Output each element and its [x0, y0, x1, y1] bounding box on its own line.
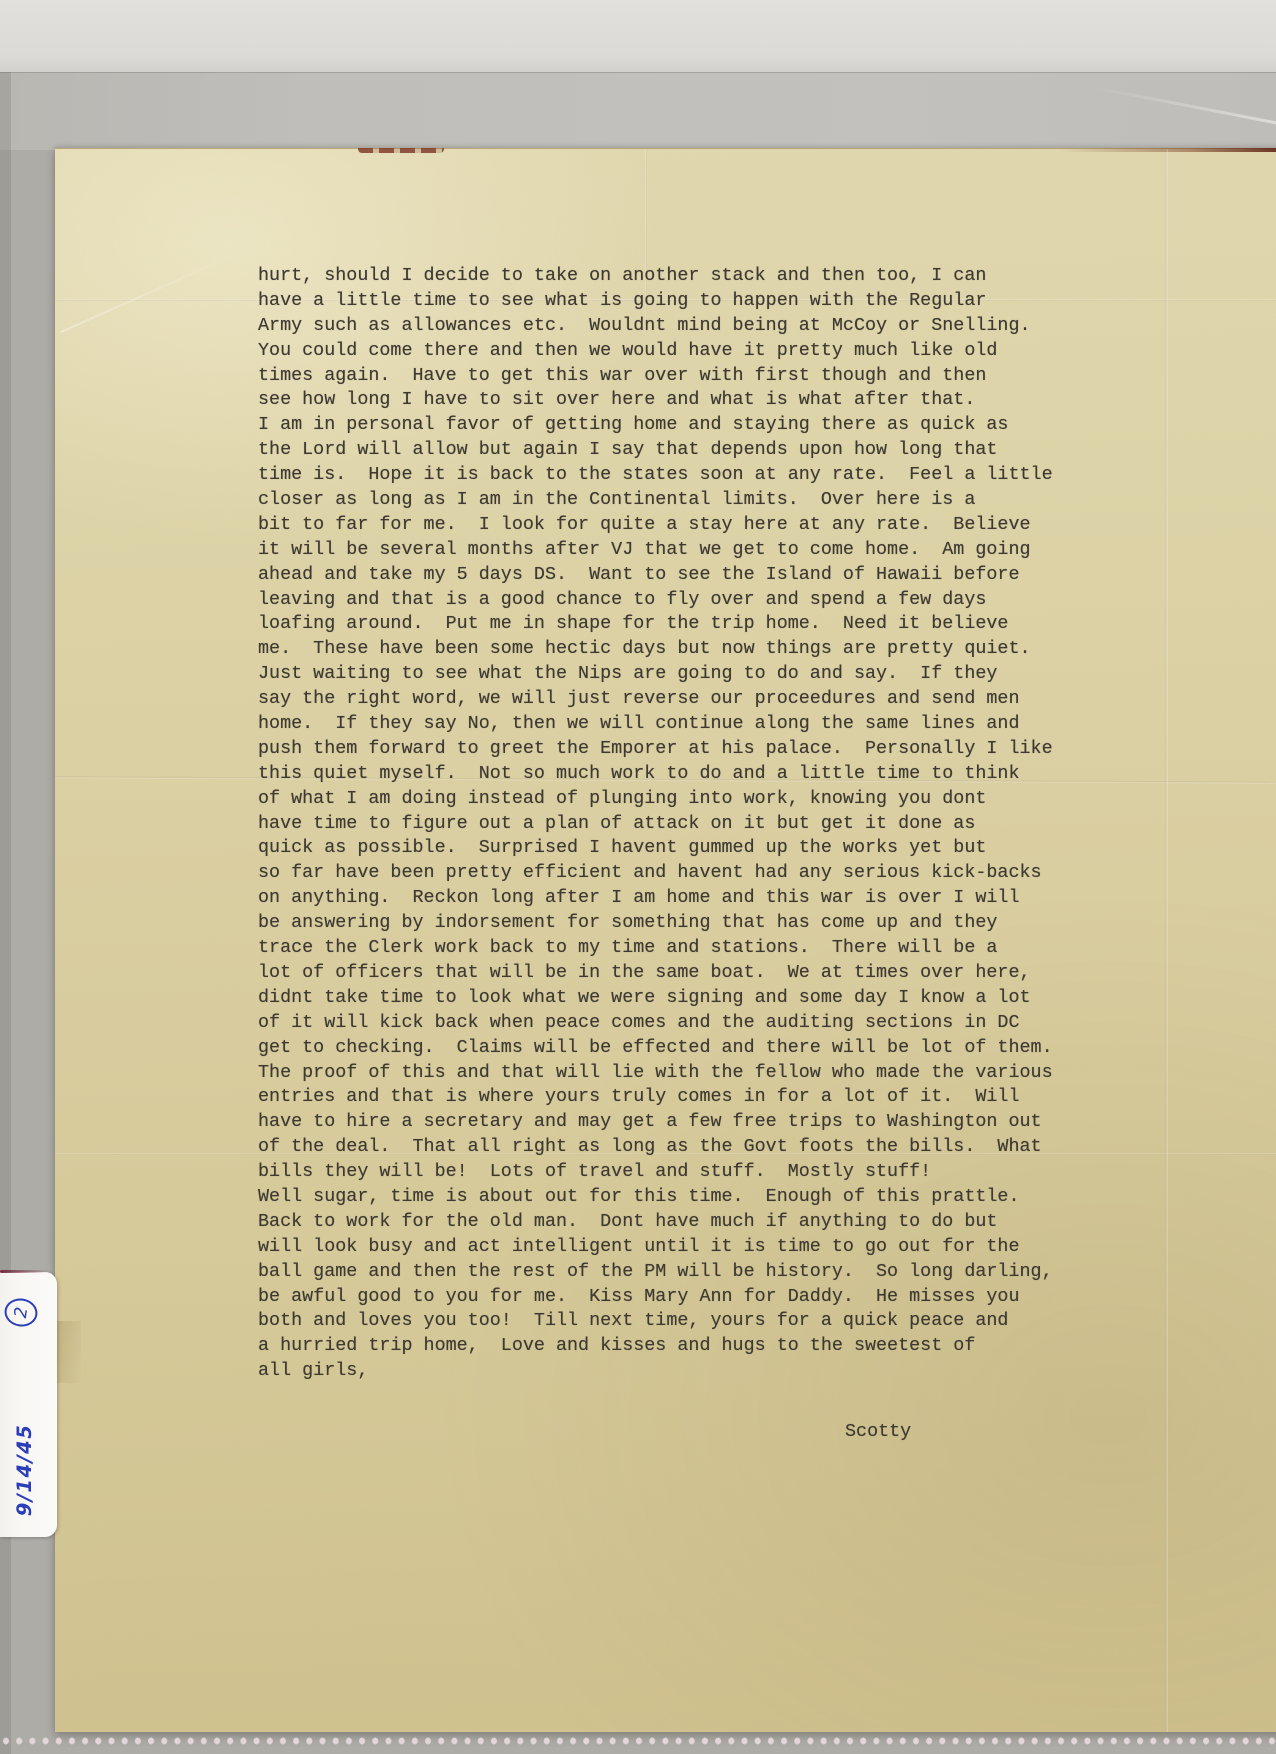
page-number-annotation: 2: [3, 1296, 40, 1328]
letter-line: leaving and that is a good chance to fly…: [258, 588, 1098, 613]
letter-line: be answering by indorsement for somethin…: [258, 911, 1098, 936]
letter-body: hurt, should I decide to take on another…: [258, 264, 1098, 1384]
letter-line: me. These have been some hectic days but…: [258, 637, 1098, 662]
scanner-top-band: [0, 0, 1276, 72]
letter-line: You could come there and then we would h…: [258, 339, 1098, 364]
letter-sheet: hurt, should I decide to take on another…: [55, 148, 1276, 1732]
letter-line: ball game and then the rest of the PM wi…: [258, 1260, 1098, 1285]
letter-line: have time to figure out a plan of attack…: [258, 812, 1098, 837]
sleeve-perforations: [0, 1736, 1276, 1746]
letter-line: be awful good to you for me. Kiss Mary A…: [258, 1285, 1098, 1310]
letter-line: didnt take time to look what we were sig…: [258, 986, 1098, 1011]
scanned-letter-page: hurt, should I decide to take on another…: [0, 0, 1276, 1754]
letter-line: bills they will be! Lots of travel and s…: [258, 1160, 1098, 1185]
letter-line: of what I am doing instead of plunging i…: [258, 787, 1098, 812]
red-edge-mark-right: [1060, 148, 1276, 152]
letter-line: have to hire a secretary and may get a f…: [258, 1110, 1098, 1135]
sleeve-edge-band: [0, 72, 1276, 150]
signature: Scotty: [845, 1421, 911, 1442]
letter-line: will look busy and act intelligent until…: [258, 1235, 1098, 1260]
letter-line: times again. Have to get this war over w…: [258, 364, 1098, 389]
paper-edge-fold-shadow: [55, 1321, 81, 1383]
letter-line: bit to far for me. I look for quite a st…: [258, 513, 1098, 538]
letter-line: loafing around. Put me in shape for the …: [258, 612, 1098, 637]
letter-line: ahead and take my 5 days DS. Want to see…: [258, 563, 1098, 588]
page-number-text: 2: [10, 1306, 31, 1320]
red-edge-mark-center: [358, 148, 444, 153]
letter-line: Back to work for the old man. Dont have …: [258, 1210, 1098, 1235]
letter-line: entries and that is where yours truly co…: [258, 1085, 1098, 1110]
date-annotation: 9/14/45: [13, 1415, 37, 1525]
index-tab: 2 9/14/45: [0, 1272, 57, 1537]
letter-line: the Lord will allow but again I say that…: [258, 438, 1098, 463]
letter-line: a hurried trip home, Love and kisses and…: [258, 1334, 1098, 1359]
letter-line: on anything. Reckon long after I am home…: [258, 886, 1098, 911]
letter-line: trace the Clerk work back to my time and…: [258, 936, 1098, 961]
letter-line: see how long I have to sit over here and…: [258, 388, 1098, 413]
letter-line: time is. Hope it is back to the states s…: [258, 463, 1098, 488]
letter-line: of it will kick back when peace comes an…: [258, 1011, 1098, 1036]
letter-line: get to checking. Claims will be effected…: [258, 1036, 1098, 1061]
letter-line: Just waiting to see what the Nips are go…: [258, 662, 1098, 687]
letter-line: The proof of this and that will lie with…: [258, 1061, 1098, 1086]
paper-crease-diagonal: [61, 250, 245, 333]
letter-line: Army such as allowances etc. Wouldnt min…: [258, 314, 1098, 339]
letter-line: lot of officers that will be in the same…: [258, 961, 1098, 986]
letter-line: closer as long as I am in the Continenta…: [258, 488, 1098, 513]
paper-crease-vertical-1: [1165, 149, 1168, 1732]
letter-line: say the right word, we will just reverse…: [258, 687, 1098, 712]
letter-line: I am in personal favor of getting home a…: [258, 413, 1098, 438]
letter-line: this quiet myself. Not so much work to d…: [258, 762, 1098, 787]
letter-line: so far have been pretty efficient and ha…: [258, 861, 1098, 886]
letter-line: of the deal. That all right as long as t…: [258, 1135, 1098, 1160]
letter-line: push them forward to greet the Emporer a…: [258, 737, 1098, 762]
letter-line: home. If they say No, then we will conti…: [258, 712, 1098, 737]
letter-line: it will be several months after VJ that …: [258, 538, 1098, 563]
letter-line: all girls,: [258, 1359, 1098, 1384]
letter-line: hurt, should I decide to take on another…: [258, 264, 1098, 289]
letter-line: both and loves you too! Till next time, …: [258, 1309, 1098, 1334]
letter-line: quick as possible. Surprised I havent gu…: [258, 836, 1098, 861]
letter-line: Well sugar, time is about out for this t…: [258, 1185, 1098, 1210]
letter-line: have a little time to see what is going …: [258, 289, 1098, 314]
